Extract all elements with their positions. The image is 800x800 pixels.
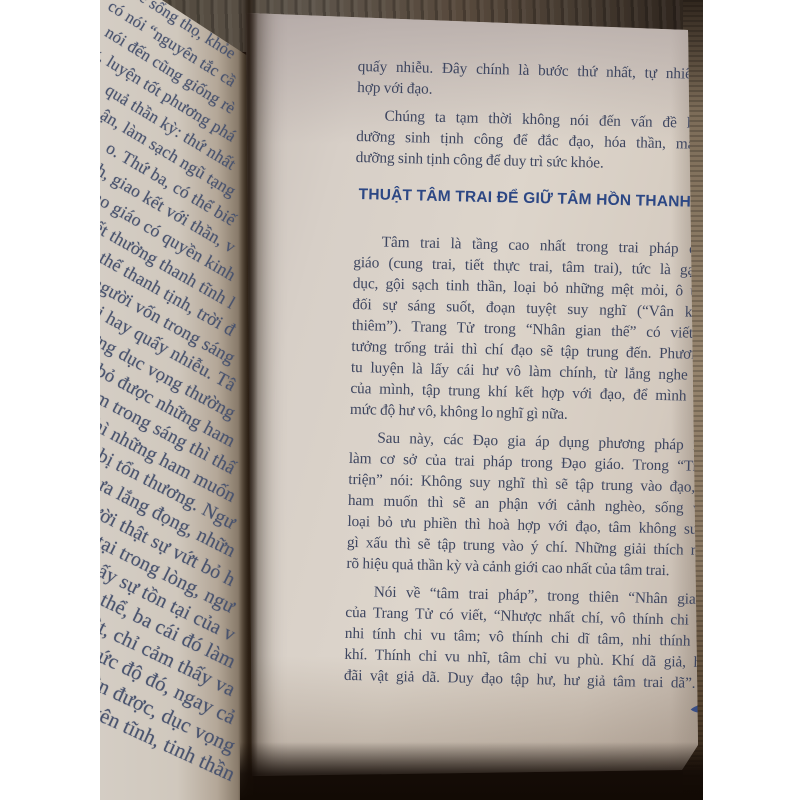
- right-page: quấy nhiễu. Đây chính là bước thứ nhất, …: [246, 0, 703, 800]
- page-footer: 129: [358, 691, 703, 717]
- bottom-shadow: [240, 742, 703, 800]
- right-page-text: quấy nhiễu. Đây chính là bước thứ nhất, …: [344, 56, 703, 695]
- screenshot-root: { "book_photo": { "description_visible_c…: [0, 0, 800, 800]
- book-photo: thành côngàn sự yên tĩnh tạó thế sống th…: [100, 0, 703, 800]
- left-page: thành côngàn sự yên tĩnh tạó thế sống th…: [100, 0, 254, 800]
- section-heading: THUẬT TÂM TRAI ĐỂ GIỮ TÂM HỒN THANH KHIẾ…: [355, 184, 703, 214]
- gutter-shadow: [238, 0, 258, 800]
